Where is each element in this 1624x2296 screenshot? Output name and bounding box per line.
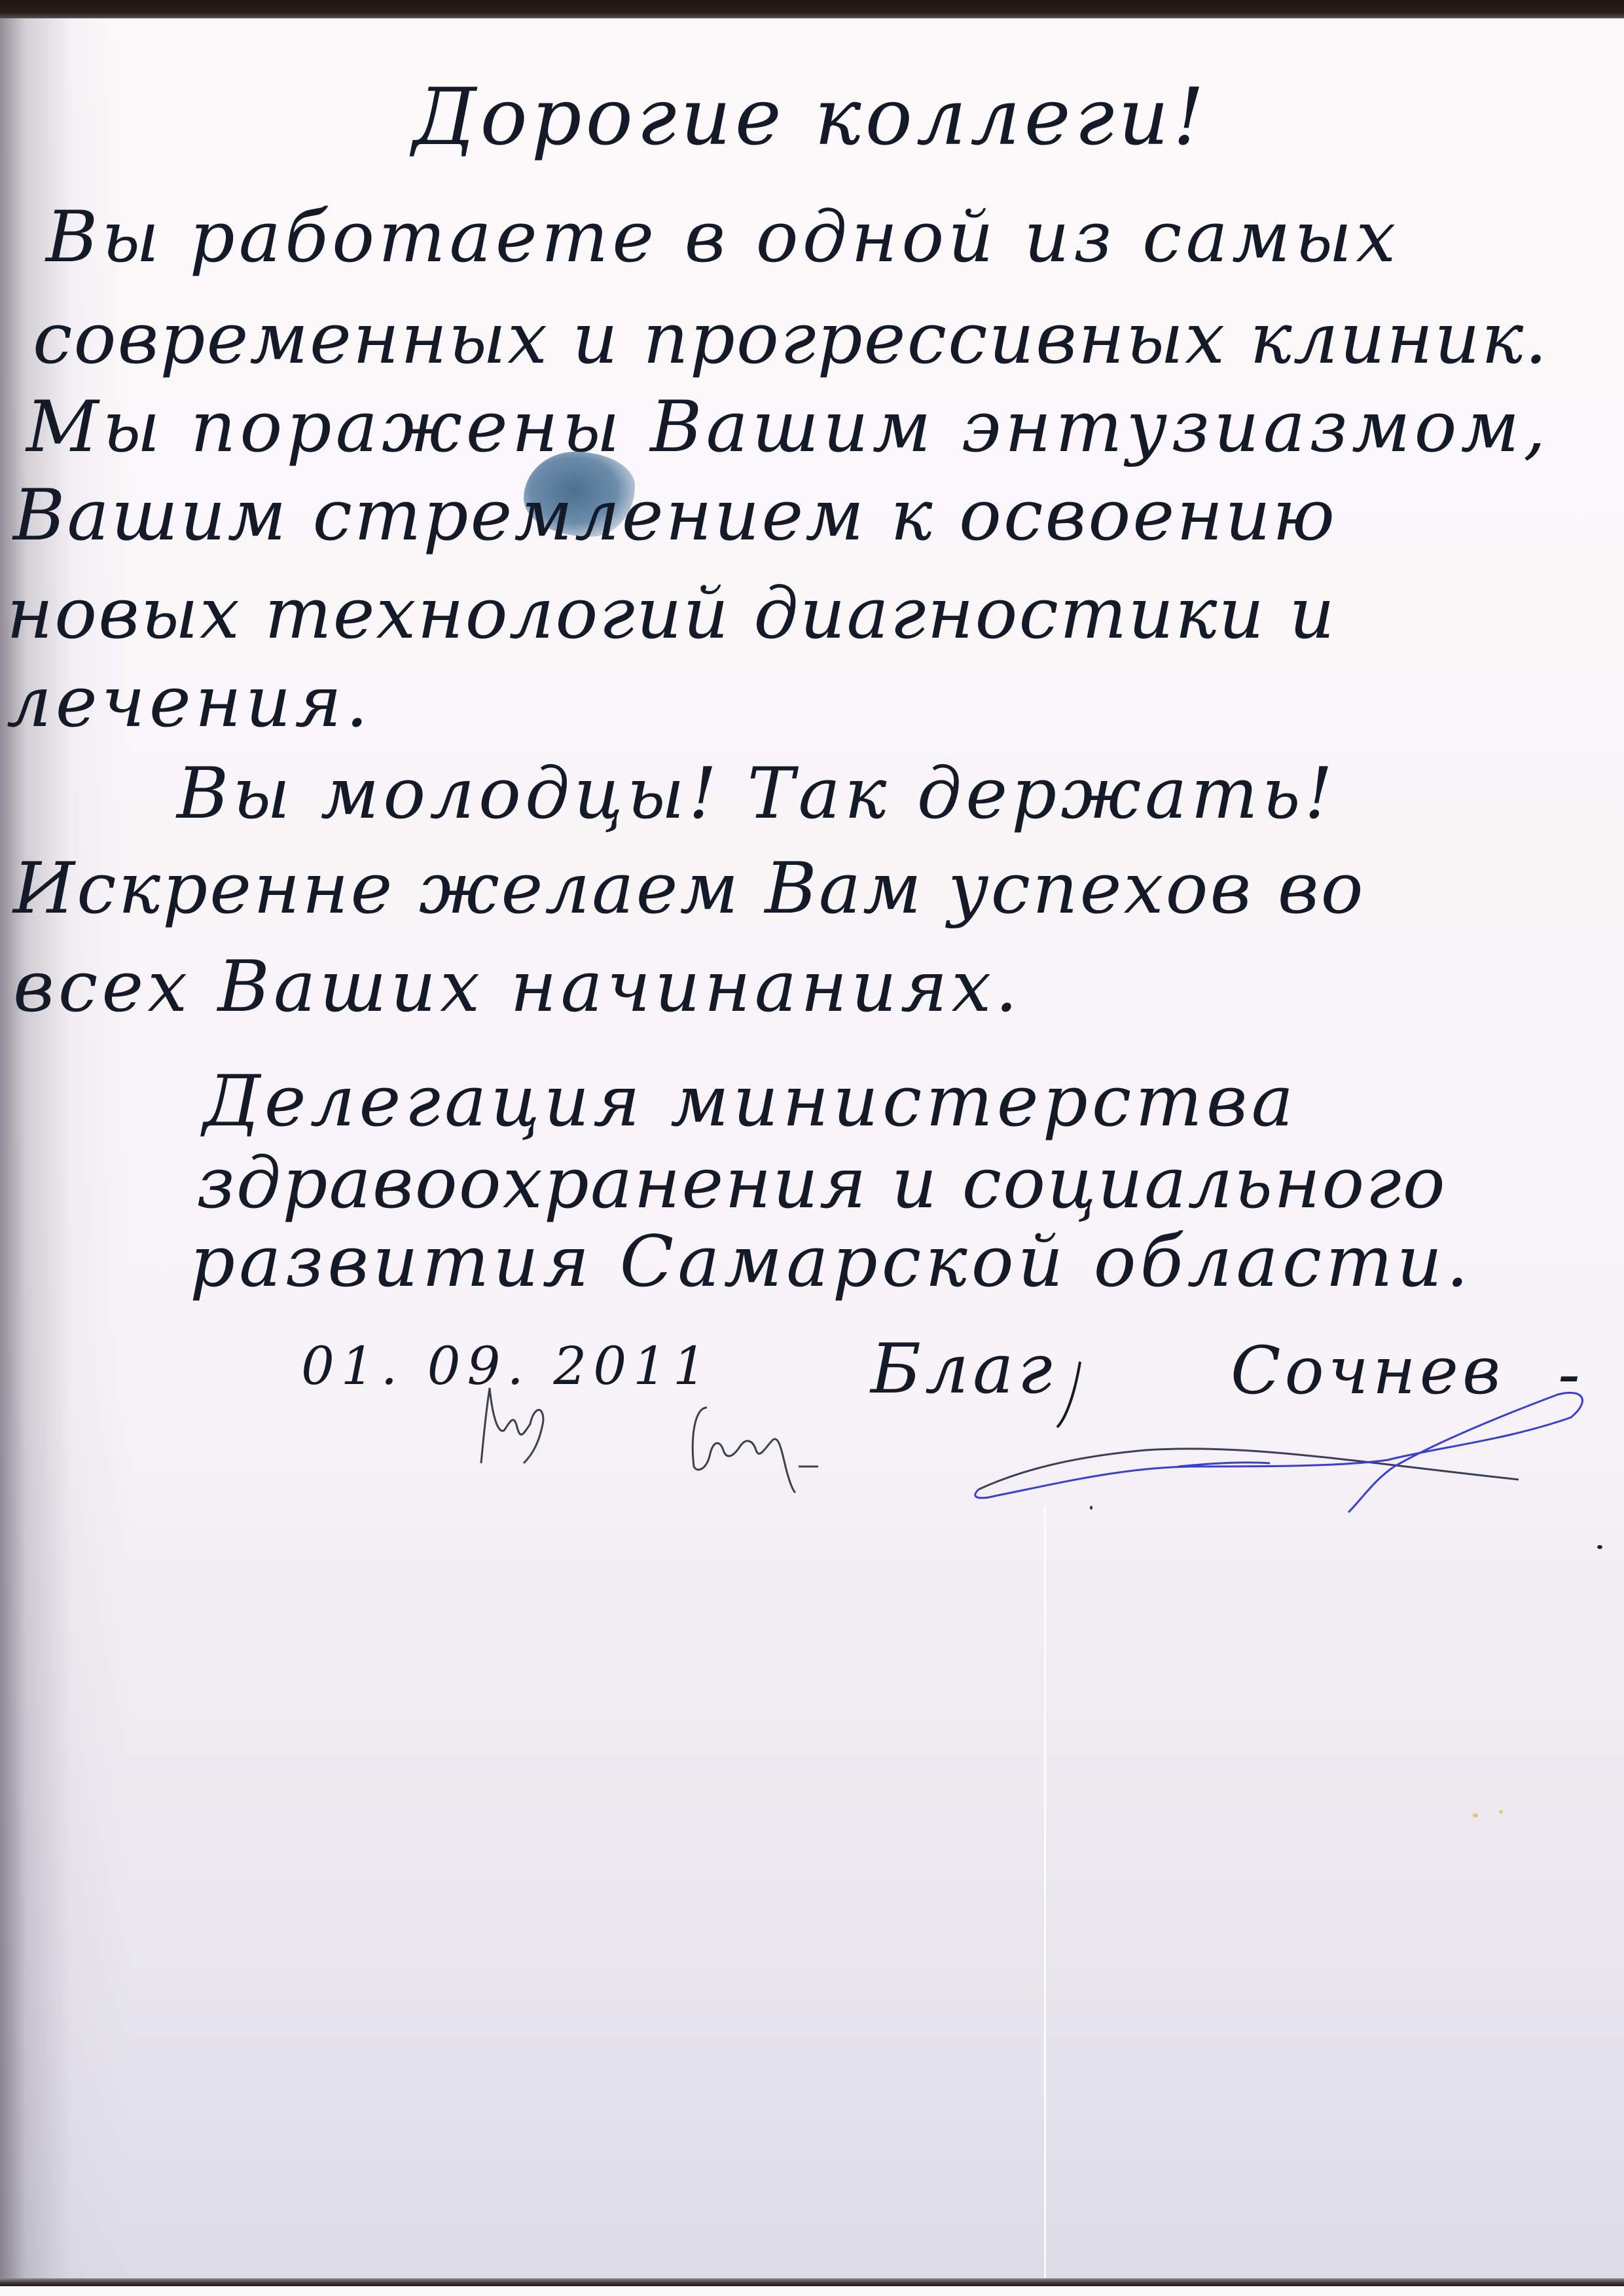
- signature-savelyev: [693, 1408, 818, 1493]
- signature-ilyin: [481, 1388, 543, 1463]
- scan-speck: [1499, 1810, 1503, 1813]
- signature-underline: [1057, 1362, 1080, 1427]
- scan-speck: [1090, 1506, 1092, 1510]
- scan-speck: [1597, 1545, 1602, 1549]
- signature-strokes: [0, 0, 1624, 2296]
- scan-speck: [1473, 1813, 1478, 1817]
